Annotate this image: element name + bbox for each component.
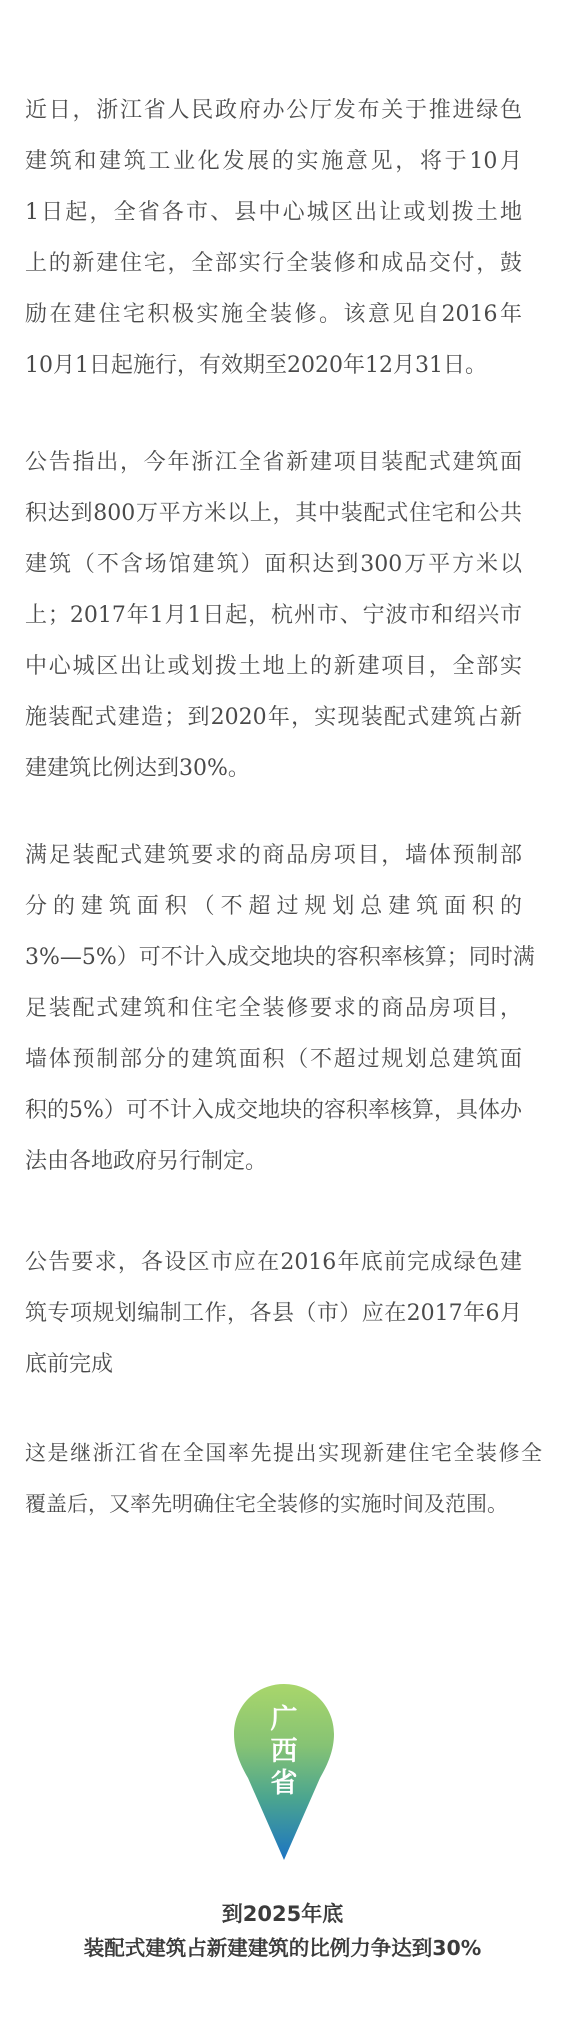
map-pin-icon: 广 西 省: [232, 1682, 336, 1862]
text-line: 这是继浙江省在全国率先提出实现新建住宅全装修全: [25, 1428, 542, 1479]
caption-target: 装配式建筑占新建建筑的比例力争达到30%: [0, 1932, 565, 1964]
text-line: 足装配式建筑和住宅全装修要求的商品房项目，: [25, 983, 522, 1034]
text-line: 满足装配式建筑要求的商品房项目，墙体预制部: [25, 830, 522, 881]
text-line: 励在建住宅积极实施全装修。该意见自2016年: [25, 289, 522, 340]
paragraph-2: 公告指出，今年浙江全省新建项目装配式建筑面 积达到800万平方米以上，其中装配式…: [25, 437, 522, 794]
text-line: 施装配式建造；到2020年，实现装配式建筑占新: [25, 692, 522, 743]
text-line: 建建筑比例达到30%。: [25, 743, 522, 794]
pin-label-char: 西: [232, 1736, 336, 1768]
text-line: 底前完成: [25, 1339, 522, 1390]
paragraph-4: 公告要求，各设区市应在2016年底前完成绿色建 筑专项规划编制工作，各县（市）应…: [25, 1237, 522, 1390]
text-line: 中心城区出让或划拨土地上的新建项目，全部实: [25, 641, 522, 692]
text-line: 1日起，全省各市、县中心城区出让或划拨土地: [25, 187, 522, 238]
pin-label-char: 省: [232, 1768, 336, 1800]
text-line: 分的建筑面积（不超过规划总建筑面积的: [25, 881, 522, 932]
text-line: 墙体预制部分的建筑面积（不超过规划总建筑面: [25, 1034, 522, 1085]
paragraph-1: 近日，浙江省人民政府办公厅发布关于推进绿色 建筑和建筑工业化发展的实施意见，将于…: [25, 85, 522, 391]
text-line: 公告要求，各设区市应在2016年底前完成绿色建: [25, 1237, 522, 1288]
text-line: 法由各地政府另行制定。: [25, 1136, 522, 1187]
text-line: 近日，浙江省人民政府办公厅发布关于推进绿色: [25, 85, 522, 136]
text-line: 上；2017年1月1日起，杭州市、宁波市和绍兴市: [25, 590, 522, 641]
paragraph-5: 这是继浙江省在全国率先提出实现新建住宅全装修全 覆盖后，又率先明确住宅全装修的实…: [25, 1428, 542, 1530]
caption-year: 到2025年底: [0, 1898, 565, 1930]
text-line: 积的5%）可不计入成交地块的容积率核算，具体办: [25, 1085, 522, 1136]
text-line: 建筑（不含场馆建筑）面积达到300万平方米以: [25, 539, 522, 590]
text-line: 覆盖后，又率先明确住宅全装修的实施时间及范围。: [25, 1479, 542, 1530]
paragraph-3: 满足装配式建筑要求的商品房项目，墙体预制部 分的建筑面积（不超过规划总建筑面积的…: [25, 830, 522, 1187]
text-line: 建筑和建筑工业化发展的实施意见，将于10月: [25, 136, 522, 187]
text-line: 筑专项规划编制工作，各县（市）应在2017年6月: [25, 1288, 522, 1339]
text-line: 上的新建住宅，全部实行全装修和成品交付，鼓: [25, 238, 522, 289]
text-line: 积达到800万平方米以上，其中装配式住宅和公共: [25, 488, 522, 539]
text-line: 公告指出，今年浙江全省新建项目装配式建筑面: [25, 437, 522, 488]
text-line: 3%—5%）可不计入成交地块的容积率核算；同时满: [25, 932, 522, 983]
pin-label-char: 广: [232, 1704, 336, 1736]
pin-label: 广 西 省: [232, 1704, 336, 1800]
text-line: 10月1日起施行，有效期至2020年12月31日。: [25, 340, 522, 391]
